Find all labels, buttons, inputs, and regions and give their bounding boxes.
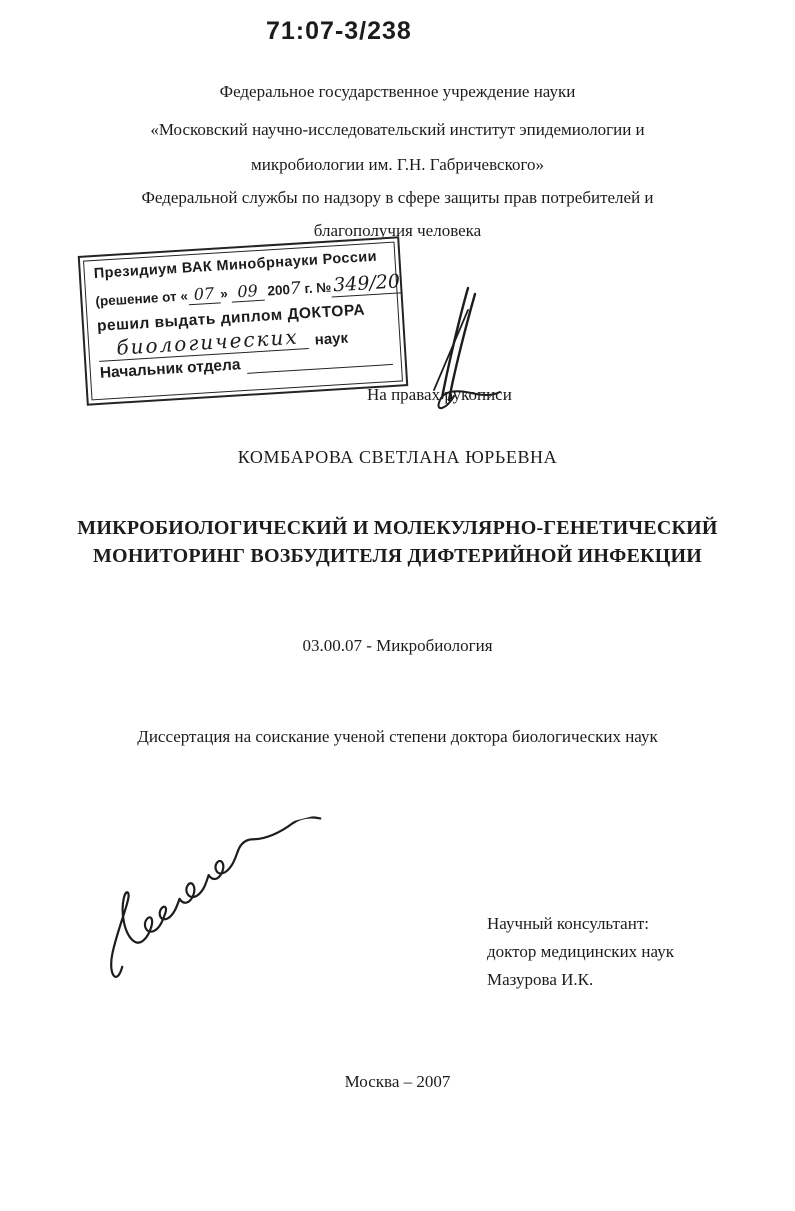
stamp-decision-number-label: г. № — [300, 280, 331, 297]
consultant-block: Научный консультант: доктор медицинских … — [487, 910, 674, 994]
stamp-decision-quote-close: » — [220, 286, 228, 301]
vak-approval-stamp: Президиум ВАК Минобрнауки России (решени… — [78, 236, 409, 405]
city-year: Москва – 2007 — [0, 1072, 795, 1092]
dissertation-title-page: 71:07-3/238 Федеральное государственное … — [0, 0, 795, 1211]
stamp-frame: Президиум ВАК Минобрнауки России (решени… — [83, 242, 403, 401]
consultant-label: Научный консультант: — [487, 910, 674, 938]
catalog-number: 71:07-3/238 — [266, 17, 412, 46]
specialty-code: 03.00.07 - Микробиология — [0, 636, 795, 656]
stamp-decision-number: 349/20 — [331, 270, 403, 297]
institution-line-1: Федеральное государственное учреждение н… — [0, 82, 795, 102]
thesis-statement: Диссертация на соискание ученой степени … — [0, 727, 795, 747]
stamp-decision-month: 09 — [231, 281, 265, 303]
manuscript-note: На правах рукописи — [367, 385, 512, 405]
stamp-degree-suffix: наук — [314, 330, 348, 349]
dissertation-title-line-2: МОНИТОРИНГ ВОЗБУДИТЕЛЯ ДИФТЕРИЙНОЙ ИНФЕК… — [0, 545, 795, 568]
institution-line-2: «Московский научно-исследовательский инс… — [0, 120, 795, 140]
author-signature — [81, 814, 354, 996]
stamp-decision-day: 07 — [187, 283, 221, 305]
consultant-degree: доктор медицинских наук — [487, 938, 674, 966]
author-name: КОМБАРОВА СВЕТЛАНА ЮРЬЕВНА — [0, 447, 795, 468]
stamp-signature-line — [246, 348, 393, 373]
dissertation-title-line-1: МИКРОБИОЛОГИЧЕСКИЙ И МОЛЕКУЛЯРНО-ГЕНЕТИЧ… — [0, 517, 795, 540]
stamp-decision-year-printed: 200 — [267, 282, 290, 298]
consultant-name: Мазурова И.К. — [487, 966, 674, 994]
stamp-decision-prefix: (решение от « — [95, 288, 188, 309]
institution-line-3: микробиологии им. Г.Н. Габричевского» — [0, 155, 795, 175]
institution-line-4: Федеральной службы по надзору в сфере за… — [0, 188, 795, 208]
